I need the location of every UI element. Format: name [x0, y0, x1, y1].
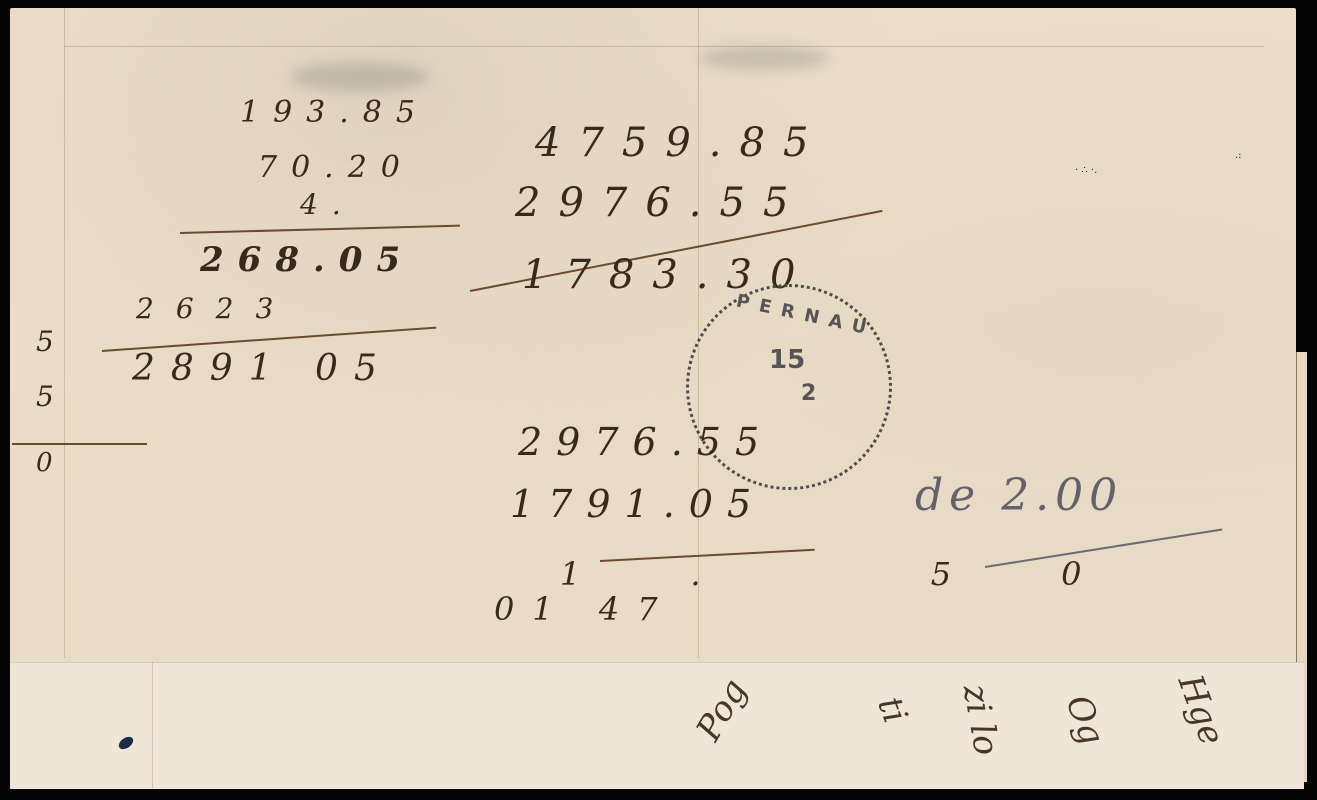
amount-line: 4.	[300, 188, 355, 221]
sum-rule	[12, 443, 147, 445]
bottom-fold-strip	[10, 662, 1304, 789]
fold-line-bottom	[152, 662, 153, 788]
amount-line: 4759.85	[535, 120, 826, 166]
postmark-month: 2	[801, 381, 816, 406]
amount-line: 2623	[136, 292, 295, 325]
amount-line: 2976.55	[515, 180, 806, 226]
amount-line: 268.05	[200, 240, 414, 280]
pencil-rate: de 2.00	[915, 470, 1123, 521]
ink-smudge	[700, 46, 830, 70]
ink-specks: · ∴ ·.	[1075, 165, 1097, 176]
amount-line: 2976.55	[518, 420, 773, 464]
amount-line: 70.20	[258, 150, 414, 185]
amount-line: 1791.05	[510, 482, 765, 526]
amount-line: 193.85	[240, 95, 429, 130]
ink-smudge	[290, 62, 430, 92]
amount-line: 01 47	[494, 590, 676, 628]
ink-specks: .:	[1235, 150, 1242, 161]
fold-line-top	[64, 46, 1264, 47]
amount-line: 2891 05	[132, 348, 393, 389]
fragment: 5	[36, 380, 68, 413]
amount-line: 1. 50	[560, 555, 1191, 593]
fragment: 5	[36, 325, 68, 358]
fragment: 0	[36, 448, 67, 478]
postmark-day: 15	[769, 345, 805, 375]
